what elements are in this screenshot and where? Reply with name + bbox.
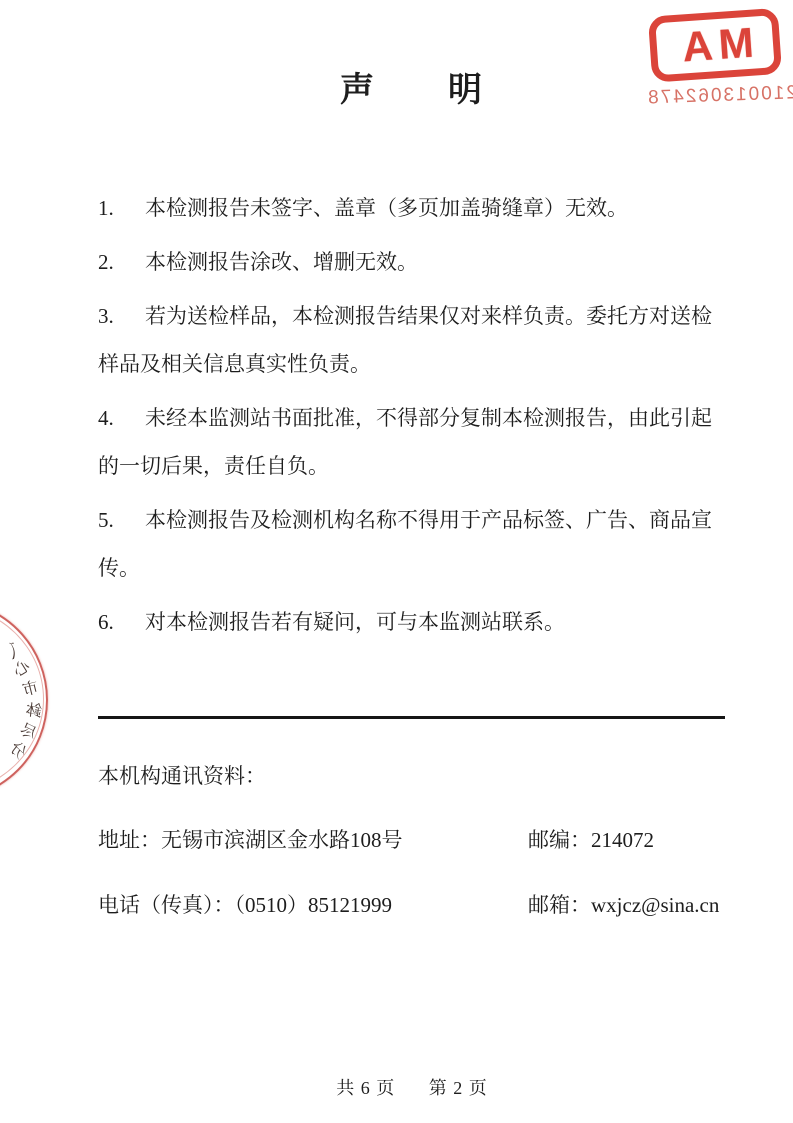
list-item: 6.对本检测报告若有疑问，可与本监测站联系。 — [98, 598, 728, 646]
page-title: 声 明 — [98, 62, 726, 111]
item-text: 若为送检样品，本检测报告结果仅对来样负责。委托方对送检样品及相关信息真实性负责。 — [98, 304, 712, 376]
item-text: 未经本监测站书面批准，不得部分复制本检测报告，由此引起的一切后果，责任自负。 — [98, 406, 712, 478]
item-text: 对本检测报告若有疑问，可与本监测站联系。 — [145, 610, 565, 634]
seal-character: 乀 — [0, 636, 26, 663]
item-text: 本检测报告及检测机构名称不得用于产品标签、广告、商品宣传。 — [98, 508, 712, 580]
partial-seal: 乀 心 市 鉢 尽 分 — [0, 612, 70, 782]
declaration-page: MA 210013062478 乀 心 市 鉢 尽 分 声 明 1.本检测报告未… — [0, 0, 793, 1123]
email-cell: 邮箱：wxjcz@sina.cn — [528, 889, 719, 919]
item-number: 2. — [98, 238, 145, 286]
seal-character: 市 — [19, 674, 40, 700]
phone-value: （0510）85121999 — [235, 893, 393, 917]
item-text: 本检测报告涂改、增删无效。 — [145, 250, 418, 274]
seal-arc-inner-icon — [0, 604, 44, 794]
seal-character: 鉢 — [25, 697, 43, 722]
item-number: 1. — [98, 184, 145, 232]
item-number: 5. — [98, 496, 145, 544]
list-item: 5.本检测报告及检测机构名称不得用于产品标签、广告、商品宣传。 — [98, 496, 728, 592]
item-number: 6. — [98, 598, 145, 646]
email-label: 邮箱： — [528, 893, 591, 917]
postcode-label: 邮编： — [528, 828, 591, 852]
address-value: 无锡市滨湖区金水路108号 — [161, 828, 403, 852]
list-item: 1.本检测报告未签字、盖章（多页加盖骑缝章）无效。 — [98, 184, 728, 232]
postcode-value: 214072 — [591, 828, 654, 852]
postcode-cell: 邮编：214072 — [528, 824, 654, 854]
page-footer: 共 6 页 第 2 页 — [98, 1074, 726, 1100]
seal-arc-icon — [0, 600, 48, 800]
email-value: wxjcz@sina.cn — [591, 893, 719, 917]
list-item: 2.本检测报告涂改、增删无效。 — [98, 238, 728, 286]
contact-heading: 本机构通讯资料： — [98, 760, 266, 790]
item-number: 4. — [98, 394, 145, 442]
seal-character: 心 — [8, 654, 34, 682]
current-page: 第 2 页 — [429, 1078, 488, 1098]
contact-row-phone: 电话（传真）：（0510）85121999 邮箱：wxjcz@sina.cn — [98, 889, 738, 919]
list-item: 3.若为送检样品，本检测报告结果仅对来样负责。委托方对送检样品及相关信息真实性负… — [98, 292, 728, 388]
address-label: 地址： — [98, 828, 161, 852]
total-pages: 共 6 页 — [336, 1078, 395, 1098]
item-text: 本检测报告未签字、盖章（多页加盖骑缝章）无效。 — [145, 196, 628, 220]
seal-character: 尽 — [17, 717, 41, 745]
list-item: 4.未经本监测站书面批准，不得部分复制本检测报告，由此引起的一切后果，责任自负。 — [98, 394, 728, 490]
item-number: 3. — [98, 292, 145, 340]
phone-label: 电话（传真）： — [98, 893, 235, 917]
declaration-list: 1.本检测报告未签字、盖章（多页加盖骑缝章）无效。 2.本检测报告涂改、增删无效… — [98, 184, 728, 652]
seal-character: 分 — [5, 736, 32, 764]
divider-line — [98, 716, 725, 719]
contact-row-address: 地址：无锡市滨湖区金水路108号 邮编：214072 — [98, 824, 738, 854]
